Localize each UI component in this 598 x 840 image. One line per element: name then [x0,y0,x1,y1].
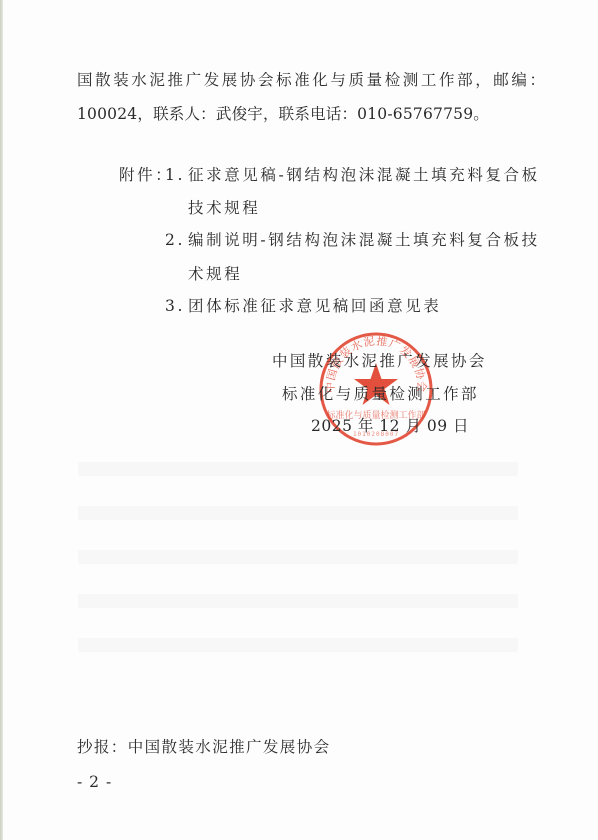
body-paragraph-line-2: 100024，联系人：武俊宇，联系电话：010-65767759。 [77,104,491,124]
attachment-3-title: 团体标准征求意见稿回函意见表 [188,296,441,316]
attachment-1-title-cont: 技术规程 [188,198,260,218]
signature-organization: 中国散装水泥推广发展协会 [272,351,487,371]
cc-recipient: 中国散装水泥推广发展协会 [128,738,331,756]
bleed-through-line [78,638,518,652]
attachment-1-title: 征求意见稿-钢结构泡沫混凝土填充料复合板 [188,165,540,185]
postal-code-contact: 100024，联系人：武俊宇，联系电话： [77,105,357,123]
signature-date: 2025 年 12 月 09 日 [311,416,469,436]
signature-department: 标准化与质量检测工作部 [282,384,479,404]
bleed-through-line [78,506,518,520]
bleed-through-line [78,594,518,608]
attachment-3-number: 3. [165,296,185,316]
bleed-through-line [78,550,518,564]
attachment-2-number: 2. [165,230,185,250]
cc-label: 抄报： [77,738,128,756]
bleed-through-line [78,462,518,476]
cc-line: 抄报：中国散装水泥推广发展协会 [77,737,331,757]
sentence-end: 。 [473,105,491,123]
page-number: - 2 - [77,772,112,792]
body-paragraph-line-1: 国散装水泥推广发展协会标准化与质量检测工作部，邮编： [77,70,548,90]
attachment-2-title: 编制说明-钢结构泡沫混凝土填充料复合板技 [188,230,540,250]
attachment-2-title-cont: 术规程 [188,264,242,284]
document-page: 国散装水泥推广发展协会标准化与质量检测工作部，邮编： 100024，联系人：武俊… [0,0,598,840]
contact-phone: 010-65767759 [357,105,473,123]
attachment-1-number: 1. [165,165,185,185]
page-edge [0,0,3,840]
